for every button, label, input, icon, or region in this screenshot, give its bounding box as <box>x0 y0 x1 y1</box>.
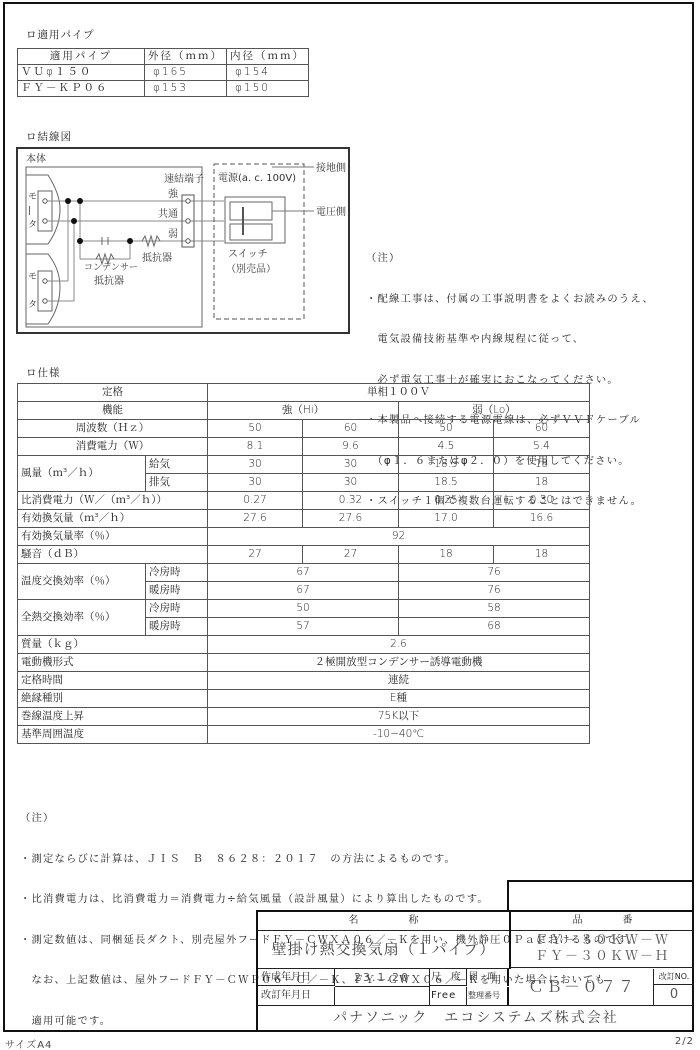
supply-cell: 18 <box>494 456 590 474</box>
name-header: 名 称 <box>258 912 511 931</box>
model-header: 品 番 <box>511 912 694 931</box>
page-number: 2/2 <box>675 1036 694 1047</box>
revision-value: 0 <box>654 985 694 1005</box>
spec-power-cell: 0.32 <box>303 492 399 510</box>
temp-heat-lo: 76 <box>399 582 590 600</box>
noise-label: 騒音（ｄＢ） <box>18 546 208 564</box>
table-row: 温度交換効率（％） 冷房時 67 76 <box>18 564 590 582</box>
noise-cell: 27 <box>303 546 399 564</box>
pipe-table: 適用パイプ 外径（ｍｍ） 内径（ｍｍ） ＶＵφ１５０ φ165 φ154 ＦＹ－… <box>17 48 309 97</box>
wiring-note: ・配線工事は、付属の工事説明書をよくお読みのうえ、 <box>366 293 654 307</box>
supply-cell: 30 <box>208 456 303 474</box>
revised-value <box>335 987 430 1005</box>
title-block-empty-cell <box>507 880 694 912</box>
motor-type-label: 電動機形式 <box>18 654 208 672</box>
pipe-cell: φ153 <box>145 81 227 97</box>
hi-label: 強（Hi） <box>208 402 399 420</box>
pipe-cell: φ150 <box>227 81 309 97</box>
freq-cell: 60 <box>303 420 399 438</box>
table-row: 騒音（ｄＢ） 27 27 18 18 <box>18 546 590 564</box>
table-row: 有効換気量率（％） 92 <box>18 528 590 546</box>
table-row: 質量（ｋｇ） 2.6 <box>18 636 590 654</box>
rating-value: 単相１００Ｖ <box>208 384 590 402</box>
svg-text:抵抗器: 抵抗器 <box>94 274 124 287</box>
ambient-label: 基準周囲温度 <box>18 726 208 744</box>
revision-label: 改訂NO. <box>654 969 694 985</box>
table-row: 全熱交換効率（％） 冷房時 50 58 <box>18 600 590 618</box>
revised-label: 改訂年月日 <box>258 987 335 1005</box>
freq-cell: 50 <box>208 420 303 438</box>
pipe-cell: ＶＵφ１５０ <box>18 65 145 81</box>
body-label: 本体 <box>26 152 46 165</box>
svg-text:速結端子: 速結端子 <box>164 172 204 185</box>
table-row: 比消費電力（Ｗ／（ｍ³／ｈ）） 0.27 0.32 0.25 0.30 <box>18 492 590 510</box>
svg-text:接地側: 接地側 <box>316 161 346 174</box>
table-row: 巻線温度上昇 75K以下 <box>18 708 590 726</box>
table-row: 機能 強（Hi） 弱（Lo） <box>18 402 590 420</box>
airflow-label: 風量（ｍ³／ｈ） <box>18 456 146 492</box>
total-cool-hi: 50 <box>208 600 399 618</box>
table-row: 消費電力（Ｗ） 8.1 9.6 4.5 5.4 <box>18 438 590 456</box>
cooling-label: 冷房時 <box>146 564 208 582</box>
svg-text:弱: 弱 <box>168 228 178 240</box>
freq-cell: 60 <box>494 420 590 438</box>
drawing-label: 図 面 <box>467 969 509 986</box>
heating-label: 暖房時 <box>146 618 208 636</box>
table-row: 基準周囲温度 -10~40℃ <box>18 726 590 744</box>
insulation-label: 絶縁種別 <box>18 690 208 708</box>
table-row: 周波数（Ｈｚ） 50 60 50 60 <box>18 420 590 438</box>
eff-rate-value: 92 <box>208 528 590 546</box>
svg-text:（別売品）: （別売品） <box>226 262 276 275</box>
power-cell: 4.5 <box>399 438 494 456</box>
temp-cool-lo: 76 <box>399 564 590 582</box>
exhaust-cell: 30 <box>303 474 399 492</box>
svg-text:強: 強 <box>168 187 179 200</box>
temp-eff-label: 温度交換効率（％） <box>18 564 146 600</box>
drawing-number: ＣＢ－０７７ <box>511 969 654 1005</box>
power-cell: 9.6 <box>303 438 399 456</box>
total-heat-lo: 68 <box>399 618 590 636</box>
heating-label: 暖房時 <box>146 582 208 600</box>
pipe-header-type: 適用パイプ <box>18 49 145 65</box>
paper-size: サイズA4 <box>5 1036 52 1050</box>
spec-power-cell: 0.30 <box>494 492 590 510</box>
total-eff-label: 全熱交換効率（％） <box>18 600 146 636</box>
svg-text:共通: 共通 <box>158 207 178 220</box>
eff-vent-cell: 27.6 <box>208 510 303 528</box>
wiring-schematic: 本体 速結端子 強 共通 弱 コンデンサー 抵抗器 抵抗器 電源(a. c. 1… <box>18 149 348 332</box>
function-label: 機能 <box>18 402 208 420</box>
table-row: 絶縁種別 E種 <box>18 690 590 708</box>
table-row: 風量（ｍ³／ｈ） 給気 30 30 18.5 18 <box>18 456 590 474</box>
product-name: 壁掛け熱交換気扇（１パイプ） <box>258 931 511 969</box>
pipe-cell: φ165 <box>145 65 227 81</box>
wiring-section-title: ロ結線図 <box>26 129 72 144</box>
pipe-cell: ＦＹ－ＫＰ０６ <box>18 81 145 97</box>
drawing-sub-label: 整理番号 <box>467 987 509 1005</box>
title-block: 名 称 品 番 壁掛け熱交換気扇（１パイプ） ＦＹ－３０ＫＷ－Ｗ ＦＹ－３０ＫＷ… <box>256 910 694 1032</box>
power-cell: 5.4 <box>494 438 590 456</box>
eff-vent-cell: 27.6 <box>303 510 399 528</box>
power-cell: 8.1 <box>208 438 303 456</box>
model-number: ＦＹ－３０ＫＷ－Ｈ <box>511 949 694 965</box>
total-cool-lo: 58 <box>399 600 590 618</box>
rated-time-label: 定格時間 <box>18 672 208 690</box>
noise-cell: 18 <box>494 546 590 564</box>
power-label: 消費電力（Ｗ） <box>18 438 208 456</box>
spec-section-title: ロ仕様 <box>26 365 61 380</box>
title-block-divider <box>256 910 507 912</box>
noise-cell: 27 <box>208 546 303 564</box>
exhaust-label: 排気 <box>146 474 208 492</box>
winding-label: 巻線温度上昇 <box>18 708 208 726</box>
svg-text:電源(a. c. 100V): 電源(a. c. 100V) <box>218 172 296 184</box>
svg-text:モ: モ <box>28 192 37 202</box>
eff-vent-cell: 17.0 <box>399 510 494 528</box>
svg-text:モ: モ <box>28 272 37 282</box>
cooling-label: 冷房時 <box>146 600 208 618</box>
eff-vent-label: 有効換気量（ｍ³／ｈ） <box>18 510 208 528</box>
svg-text:タ: タ <box>28 219 37 230</box>
rating-label: 定格 <box>18 384 208 402</box>
rated-time-value: 連続 <box>208 672 590 690</box>
total-heat-hi: 57 <box>208 618 399 636</box>
freq-label: 周波数（Ｈｚ） <box>18 420 208 438</box>
temp-cool-hi: 67 <box>208 564 399 582</box>
pipe-cell: φ154 <box>227 65 309 81</box>
temp-heat-hi: 67 <box>208 582 399 600</box>
created-value: 23.1.20 <box>335 969 430 987</box>
ambient-value: -10~40℃ <box>208 726 590 744</box>
mass-label: 質量（ｋｇ） <box>18 636 208 654</box>
footnote: ・測定ならびに計算は、ＪＩＳ Ｂ ８６２８：２０１７ の方法によるものです。 <box>20 853 639 867</box>
exhaust-cell: 18 <box>494 474 590 492</box>
spec-power-label: 比消費電力（Ｗ／（ｍ³／ｈ）） <box>18 492 208 510</box>
svg-text:コンデンサー: コンデンサー <box>84 262 138 273</box>
pipe-header-outer: 外径（ｍｍ） <box>145 49 227 65</box>
winding-value: 75K以下 <box>208 708 590 726</box>
lo-label: 弱（Lo） <box>399 402 590 420</box>
table-row: 電動機形式 ２極開放型コンデンサー誘導電動機 <box>18 654 590 672</box>
spec-table: 定格 単相１００Ｖ 機能 強（Hi） 弱（Lo） 周波数（Ｈｚ） 50 60 5… <box>17 383 590 744</box>
table-row: 定格時間 連続 <box>18 672 590 690</box>
spec-power-cell: 0.25 <box>399 492 494 510</box>
svg-text:電圧側: 電圧側 <box>316 205 346 218</box>
created-label: 作成年月日 <box>258 969 335 986</box>
supply-label: 給気 <box>146 456 208 474</box>
spec-power-cell: 0.27 <box>208 492 303 510</box>
table-row: 有効換気量（ｍ³／ｈ） 27.6 27.6 17.0 16.6 <box>18 510 590 528</box>
wiring-note: 電気設備技術基準や内線規程に従って、 <box>366 333 654 347</box>
table-row: 定格 単相１００Ｖ <box>18 384 590 402</box>
supply-cell: 30 <box>303 456 399 474</box>
pipe-header-inner: 内径（ｍｍ） <box>227 49 309 65</box>
model-number: ＦＹ－３０ＫＷ－Ｗ <box>511 933 694 949</box>
freq-cell: 50 <box>399 420 494 438</box>
svg-text:|: | <box>28 206 31 216</box>
exhaust-cell: 18.5 <box>399 474 494 492</box>
model-numbers: ＦＹ－３０ＫＷ－Ｗ ＦＹ－３０ＫＷ－Ｈ <box>511 931 694 968</box>
footnotes-title: （注） <box>20 812 639 826</box>
noise-cell: 18 <box>399 546 494 564</box>
supply-cell: 18.5 <box>399 456 494 474</box>
eff-vent-cell: 16.6 <box>494 510 590 528</box>
company-name: パナソニック エコシステムズ株式会社 <box>258 1005 694 1031</box>
scale-label: 尺 度 <box>429 969 467 986</box>
mass-value: 2.6 <box>208 636 590 654</box>
exhaust-cell: 30 <box>208 474 303 492</box>
svg-text:タ: タ <box>28 299 37 310</box>
pipe-section-title: ロ適用パイプ <box>26 27 95 42</box>
wiring-notes-title: （注） <box>366 252 654 266</box>
svg-text:抵抗器: 抵抗器 <box>142 251 172 264</box>
wiring-diagram: 本体 速結端子 強 共通 弱 コンデンサー 抵抗器 抵抗器 電源(a. c. 1… <box>16 147 350 334</box>
svg-text:スイッチ: スイッチ <box>228 248 268 260</box>
eff-rate-label: 有効換気量率（％） <box>18 528 208 546</box>
motor-type-value: ２極開放型コンデンサー誘導電動機 <box>208 654 590 672</box>
scale-value: Free <box>429 987 467 1005</box>
insulation-value: E種 <box>208 690 590 708</box>
